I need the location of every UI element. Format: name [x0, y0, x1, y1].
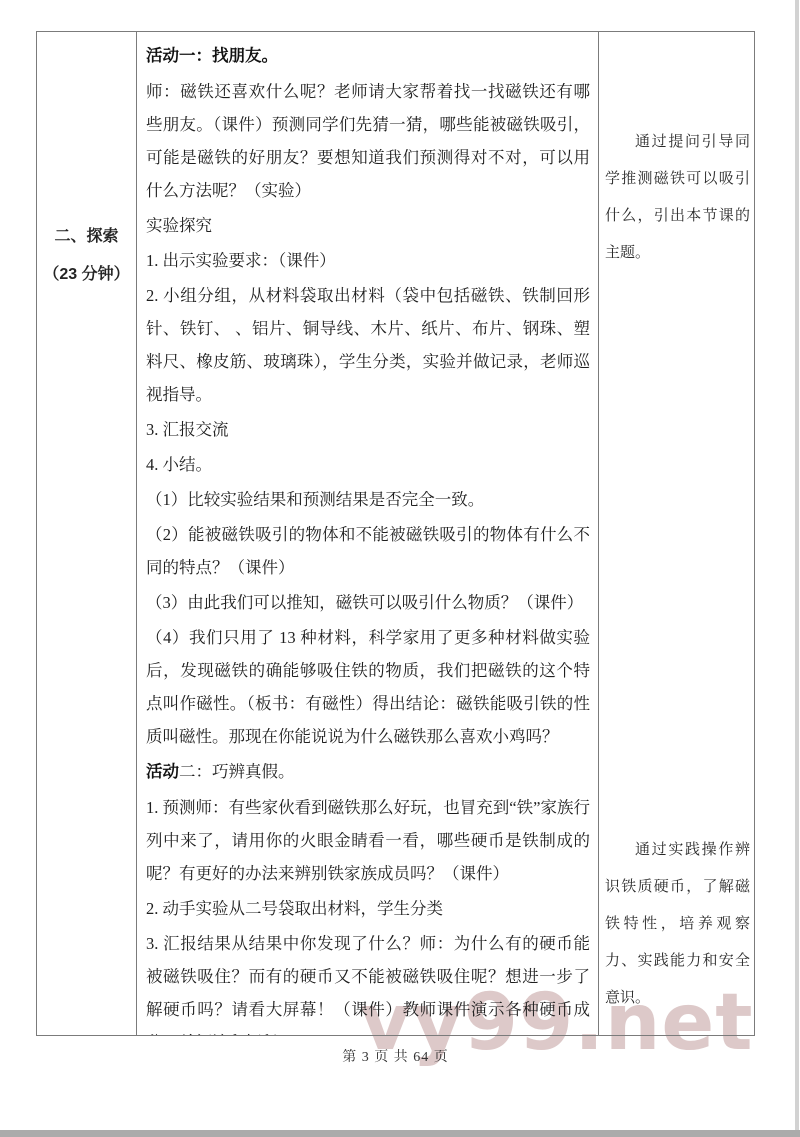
page-edge-right: [795, 0, 799, 1137]
lesson-plan-table: 二、探索 （23 分钟） 活动一：找朋友。师：磁铁还喜欢什么呢？老师请大家帮着找…: [36, 31, 755, 1036]
content-paragraph: （4）我们只用了 13 种材料，科学家用了更多种材料做实验后，发现磁铁的确能够吸…: [146, 621, 590, 753]
content-paragraph: 活动二：巧辨真假。: [146, 755, 590, 789]
activities-column-cell: 活动一：找朋友。师：磁铁还喜欢什么呢？老师请大家帮着找一找磁铁还有哪些朋友。（课…: [137, 32, 599, 1035]
content-paragraph: 实验探究: [146, 209, 590, 242]
content-paragraph: 活动一：找朋友。: [146, 39, 590, 73]
page-number: 第 3 页 共 64 页: [36, 1046, 755, 1066]
content-paragraph: 师：磁铁还喜欢什么呢？老师请大家帮着找一找磁铁还有哪些朋友。（课件）预测同学们先…: [146, 75, 590, 207]
stage-label-line1: 二、探索: [37, 218, 136, 256]
page-edge-bottom: [0, 1130, 800, 1137]
content-paragraph: 2. 动手实验从二号袋取出材料，学生分类: [146, 892, 590, 925]
stage-label-line2: （23 分钟）: [37, 256, 136, 294]
paragraph-heading: 活动: [146, 763, 179, 781]
stage-label: 二、探索 （23 分钟）: [37, 218, 136, 294]
design-note-practice: 通过实践操作辨识铁质硬币，了解磁铁特性，培养观察力、实践能力和安全意识。: [605, 832, 750, 1017]
content-paragraph: 4. 小结。: [146, 448, 590, 481]
content-paragraph: （1）比较实验结果和预测结果是否完全一致。: [146, 483, 590, 516]
content-paragraph: 3. 汇报交流: [146, 413, 590, 446]
design-notes-column-cell: 通过提问引导同学推测磁铁可以吸引什么，引出本节课的主题。 通过实践操作辨识铁质硬…: [599, 32, 754, 1035]
content-paragraph: （2）能被磁铁吸引的物体和不能被磁铁吸引的物体有什么不同的特点？（课件）: [146, 518, 590, 584]
content-paragraph: 2. 小组分组，从材料袋取出材料（袋中包括磁铁、铁制回形针、铁钉、 、铝片、铜导…: [146, 279, 590, 411]
design-note-intro: 通过提问引导同学推测磁铁可以吸引什么，引出本节课的主题。: [605, 124, 750, 272]
content-paragraph: 3. 汇报结果从结果中你发现了什么？师：为什么有的硬币能被磁铁吸住？而有的硬币又…: [146, 927, 590, 1035]
content-paragraph: 1. 预测师：有些家伙看到磁铁那么好玩，也冒充到“铁”家族行列中来了，请用你的火…: [146, 791, 590, 890]
content-paragraph: 1. 出示实验要求：（课件）: [146, 244, 590, 277]
paragraph-heading: 活动一：找朋友。: [146, 47, 278, 65]
stage-column-cell: 二、探索 （23 分钟）: [37, 32, 137, 1035]
content-paragraph: （3）由此我们可以推知，磁铁可以吸引什么物质？（课件）: [146, 586, 590, 619]
